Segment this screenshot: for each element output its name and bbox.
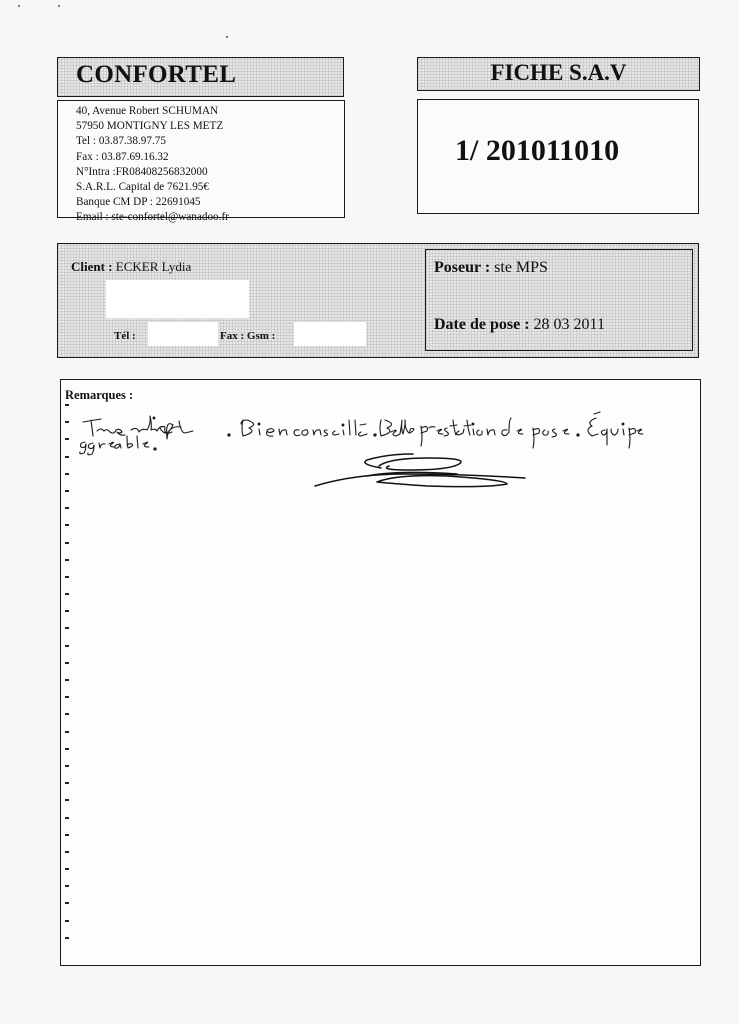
remark-line-dash [65,542,69,544]
remark-line-dash [65,851,69,853]
phone-line: Tel : 03.87.38.97.75 [76,134,229,149]
remark-line-dash [65,645,69,647]
remark-line-dash [65,748,69,750]
remark-line-dash [65,937,69,939]
form-title-box: FICHE S.A.V [417,57,700,91]
installer-label: Poseur : [434,259,490,276]
client-name: ECKER Lydia [116,259,191,274]
form-title: FICHE S.A.V [418,60,699,86]
client-line: Client : ECKER Lydia [71,259,191,275]
scan-speck [226,36,228,38]
bank-line: Banque CM DP : 22691045 [76,195,229,210]
vat-line: N°Intra :FR08408256832000 [76,165,229,180]
email-line: Email : ste-confortel@wanadoo.fr [76,210,229,225]
form-number-box: 1/ 201011010 [417,99,699,214]
address-line: 57950 MONTIGNY LES METZ [76,119,229,134]
remark-line-dash [65,627,69,629]
scan-speck [58,5,60,7]
remark-line-dash [65,731,69,733]
remark-line-dash [65,868,69,870]
gsm-label: Gsm : [247,330,275,342]
installer-section: Poseur : ste MPS Date de pose : 28 03 20… [425,249,693,351]
fax-label: Fax : [220,330,244,342]
install-date-line: Date de pose : 28 03 2011 [434,316,605,334]
remark-line-dash [65,765,69,767]
installer-value: ste MPS [494,259,548,276]
address-line: 40, Avenue Robert SCHUMAN [76,104,229,119]
remark-line-dash [65,920,69,922]
remark-line-dash [65,902,69,904]
remark-line-dash [65,799,69,801]
remark-line-dash [65,679,69,681]
remark-line-dash [65,834,69,836]
handwritten-remark: Tres satisfait . Bien conseillé . Belle … [61,380,702,520]
form-number: 1/ 201011010 [455,134,619,168]
install-date-value: 28 03 2011 [534,316,605,333]
company-address: 40, Avenue Robert SCHUMAN 57950 MONTIGNY… [76,104,229,226]
client-label: Client : [71,259,113,274]
remark-line-dash [65,696,69,698]
remark-line-dash [65,610,69,612]
remark-line-dash [65,885,69,887]
fax-gsm-labels: Fax : Gsm : [220,330,275,342]
remark-line-dash [65,524,69,526]
remark-line-dash [65,817,69,819]
remarks-section: Remarques : Tres satisfait . Bien consei… [60,379,701,966]
remark-line-dash [65,662,69,664]
company-name: CONFORTEL [76,61,236,89]
redacted-tel [148,322,218,346]
remark-line-dash [65,713,69,715]
remark-line-dash [65,593,69,595]
scan-speck [18,5,20,7]
remark-line-dash [65,576,69,578]
redacted-gsm [294,322,366,346]
install-date-label: Date de pose : [434,316,530,333]
redacted-address [106,280,249,318]
capital-line: S.A.R.L. Capital de 7621.95€ [76,180,229,195]
tel-label: Tél : [114,330,136,342]
company-address-box: 40, Avenue Robert SCHUMAN 57950 MONTIGNY… [57,100,345,218]
company-name-box: CONFORTEL [57,57,344,97]
remark-line-dash [65,559,69,561]
remark-line-dash [65,782,69,784]
fax-line: Fax : 03.87.69.16.32 [76,150,229,165]
installer-line: Poseur : ste MPS [434,259,548,277]
